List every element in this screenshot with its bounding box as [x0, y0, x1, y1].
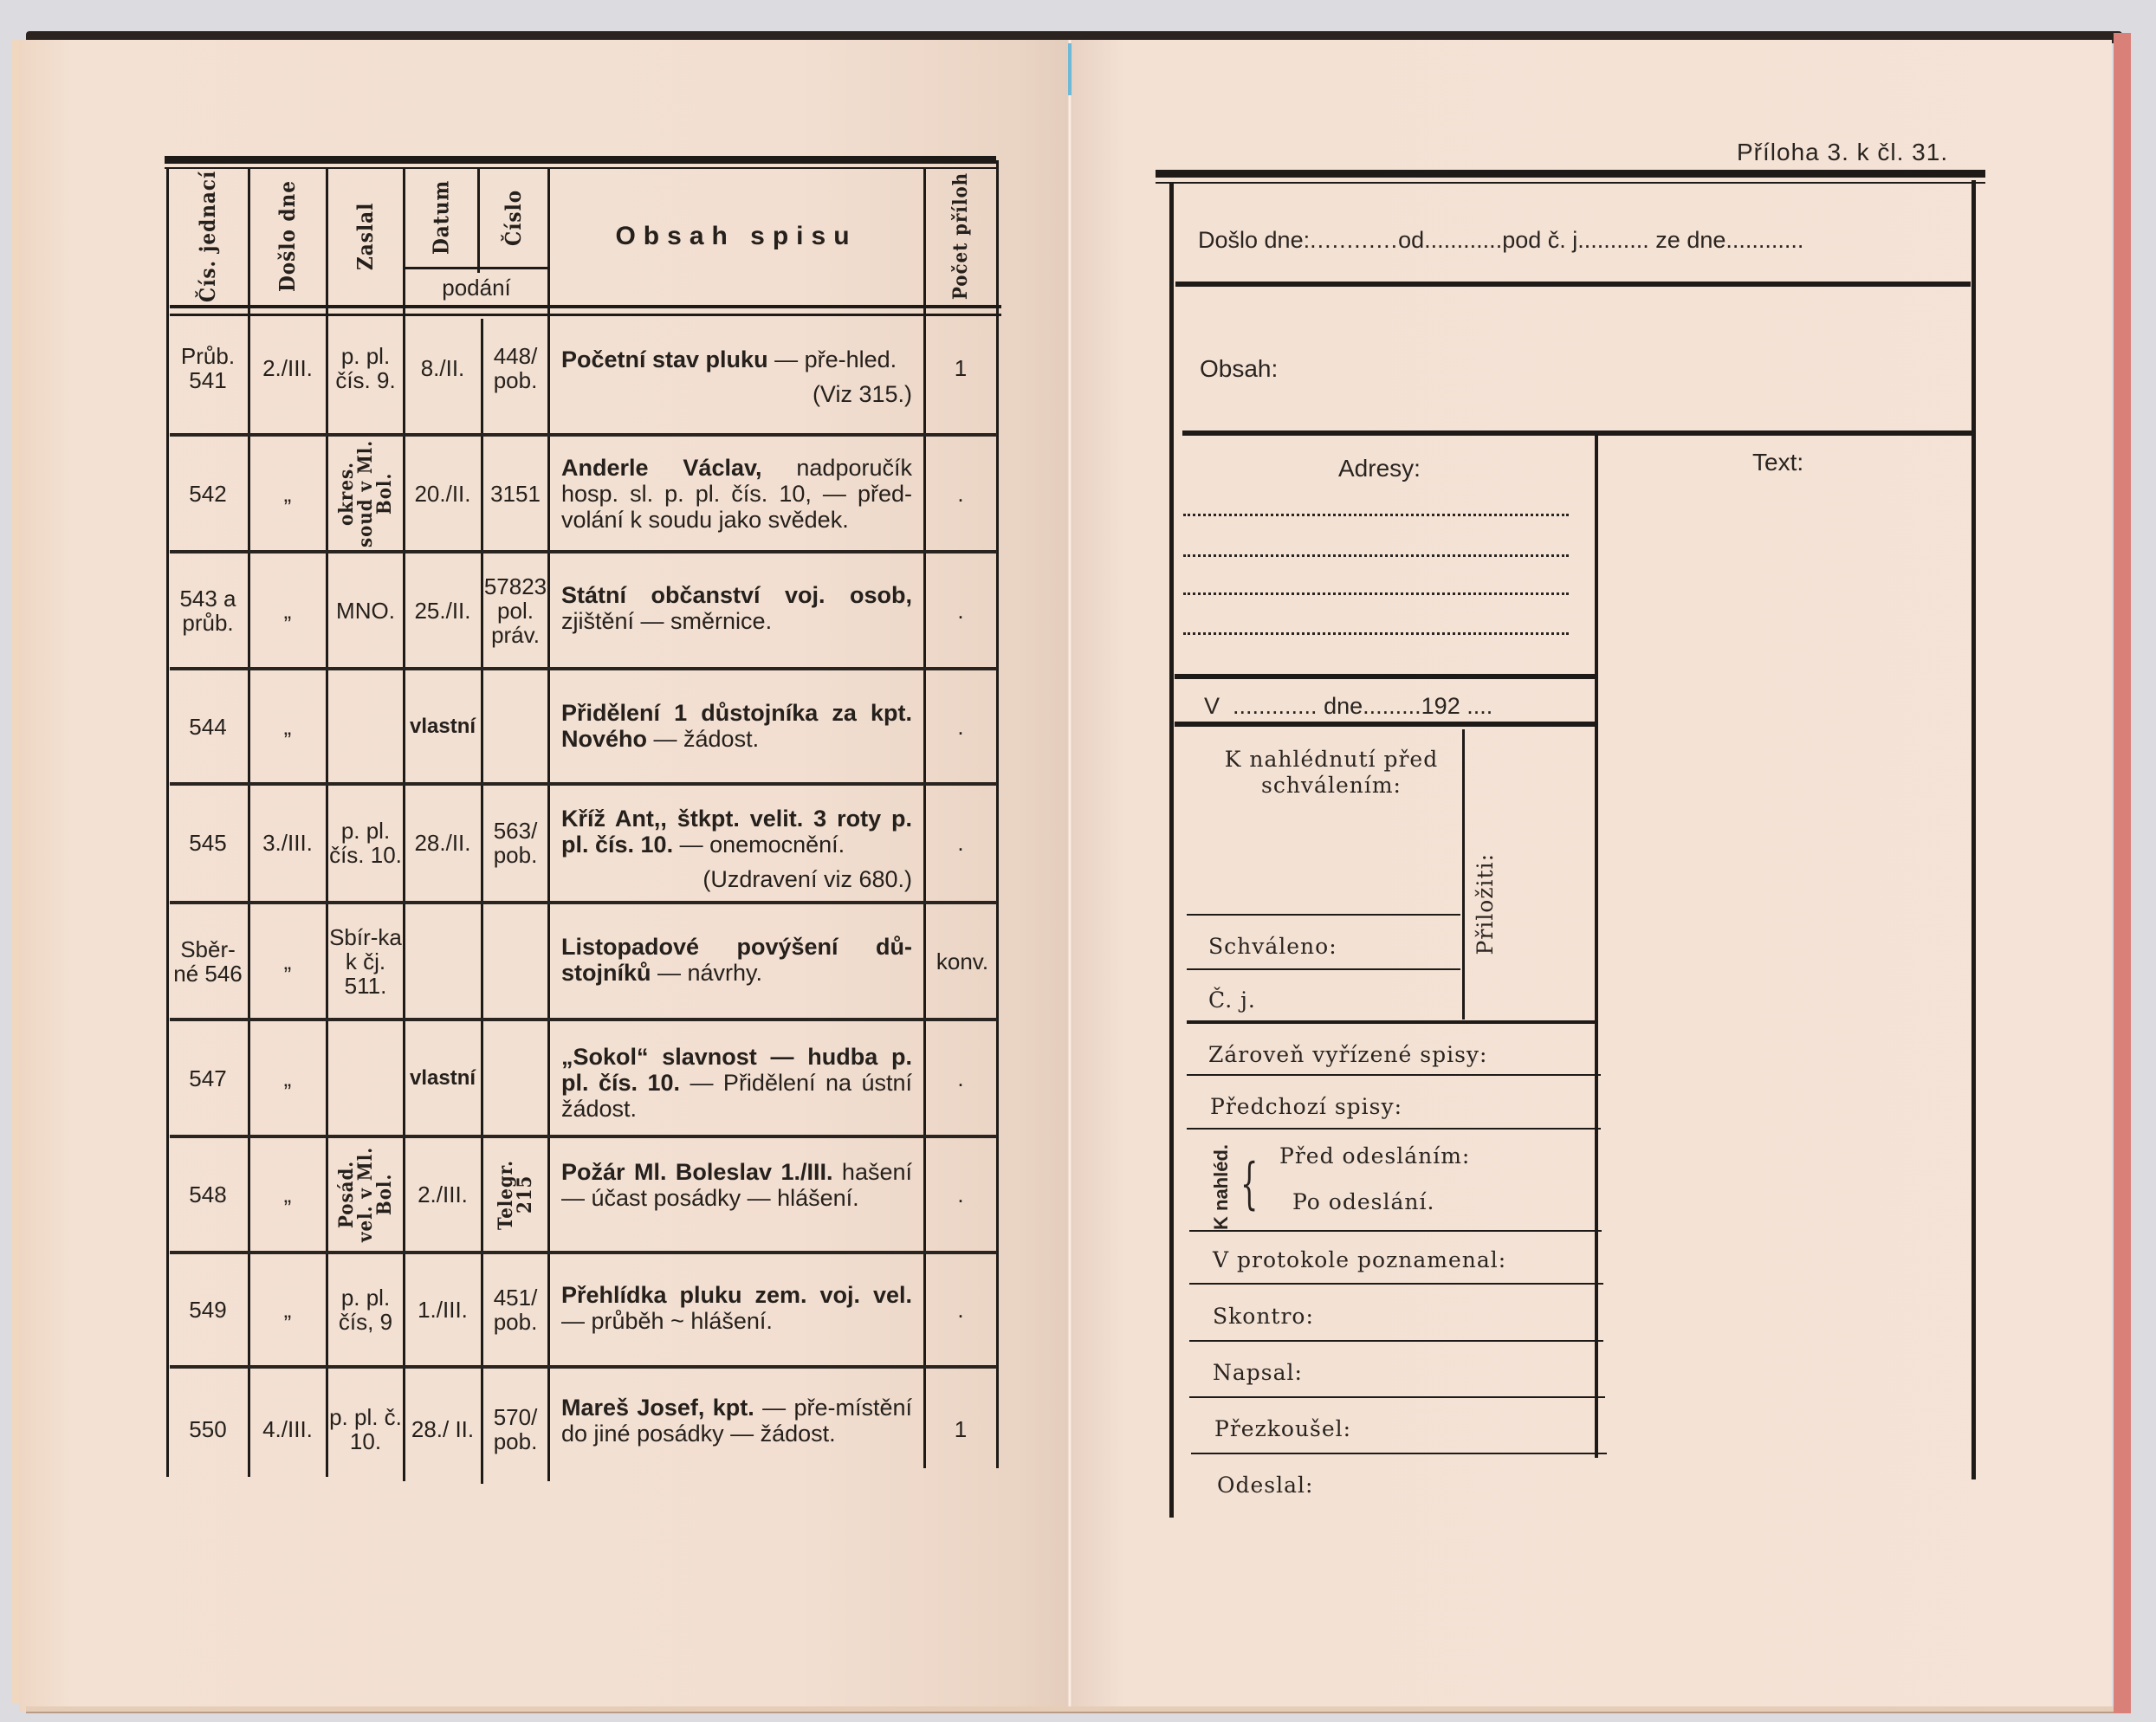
cell-cislo: Telegr. 215 [483, 1139, 547, 1250]
rule-before-schvaleno [1187, 914, 1460, 916]
cell-datum: 25./II. [405, 554, 480, 667]
col-line-7 [996, 160, 999, 1468]
label-k-nahled-side: K nahléd. [1210, 1143, 1229, 1230]
form-top-thin-rule [1156, 182, 1985, 184]
rule-after-napsal [1189, 1396, 1605, 1398]
rule-after-received [1175, 282, 1971, 287]
cell-cislo: 57823 pol. práv. [483, 554, 547, 667]
cell-pocet: . [926, 1255, 995, 1364]
cell-doslo: „ [250, 1022, 325, 1135]
cell-datum [405, 905, 480, 1018]
header-cislo: Číslo [480, 169, 547, 266]
cell-cis: Sběr-né 546 [169, 905, 247, 1018]
cell-pocet: 1 [926, 1377, 995, 1481]
cell-obsah: Přidělení 1 důstojníka za kpt. Nového — … [561, 700, 912, 752]
cell-zaslal: p. pl. čís. 9. [328, 320, 403, 416]
cell-pocet: . [926, 437, 995, 550]
cell-obsah: Kříž Ant,, štkpt. velit. 3 roty p. pl. č… [561, 806, 912, 892]
book-cover-red-edge [2114, 33, 2131, 1713]
form-left-border [1169, 184, 1174, 1518]
label-napsal: Napsal: [1213, 1360, 1303, 1385]
cell-cislo: 570/ pob. [483, 1377, 547, 1481]
cell-datum: 28./II. [405, 787, 480, 899]
cell-doslo: „ [250, 1139, 325, 1250]
rule-after-adresy [1175, 674, 1596, 679]
cell-obsah: Početní stav pluku — pře-hled.(Viz 315.) [561, 346, 912, 407]
rule-after-k-nahled [1189, 1230, 1602, 1232]
cell-obsah: Mareš Josef, kpt. — pře-místění do jiné … [561, 1395, 912, 1447]
book-spine [1067, 40, 1072, 1712]
text-column-divider [1595, 436, 1598, 1458]
cell-cis: 542 [169, 437, 247, 550]
cell-obsah: Státní občanství voj. osob, zjištění — s… [561, 582, 912, 634]
label-prezkousel: Přezkoušel: [1214, 1416, 1351, 1441]
cell-obsah: Požár Ml. Boleslav 1./III. hašení — účas… [561, 1159, 912, 1211]
cell-doslo: 4./III. [250, 1377, 325, 1481]
label-obsah: Obsah: [1200, 355, 1278, 383]
cell-doslo: „ [250, 437, 325, 550]
cell-reference: (Uzdravení viz 680.) [561, 866, 912, 892]
rule-after-predchozi [1187, 1128, 1601, 1130]
header-bottom-rule-2 [170, 314, 1001, 316]
row-rule-8 [170, 1251, 997, 1254]
header-obsah-spisu: Obsah spisu [550, 169, 923, 303]
cell-zaslal: p. pl. čís. 10. [328, 787, 403, 899]
cell-cis: 548 [169, 1139, 247, 1250]
right-page [1072, 40, 2112, 1712]
cell-zaslal [328, 671, 403, 782]
cell-doslo: 2./III. [250, 320, 325, 416]
address-line-4[interactable] [1183, 632, 1569, 635]
cell-zaslal: p. pl. čís, 9 [328, 1255, 403, 1364]
prilozit-divider [1462, 729, 1465, 1020]
cell-cislo [483, 905, 547, 1018]
header-pocet-priloh: Počet příloh [926, 169, 995, 303]
header-datum: Datum [405, 169, 477, 266]
address-line-3[interactable] [1183, 592, 1569, 595]
cell-zaslal: p. pl. č. 10. [328, 1377, 403, 1481]
address-line-2[interactable] [1183, 554, 1569, 557]
cell-zaslal [328, 1022, 403, 1135]
rule-after-protokol [1189, 1283, 1603, 1285]
label-k-nahlednuti: K nahlédnutí před schválením: [1214, 747, 1448, 799]
label-zaroven: Zároveň vyřízené spisy: [1208, 1042, 1487, 1067]
cell-pocet: 1 [926, 320, 995, 416]
header-podani: podání [405, 270, 547, 305]
rule-after-zaroven [1187, 1074, 1601, 1076]
cell-doslo: „ [250, 1255, 325, 1364]
cell-doslo: „ [250, 554, 325, 667]
row-rule-1 [170, 433, 997, 437]
cell-datum: 1./III. [405, 1255, 480, 1364]
cell-cis: 545 [169, 787, 247, 899]
cell-cislo: 448/ pob. [483, 320, 547, 416]
label-text: Text: [1752, 449, 1803, 476]
label-predchozi: Předchozí spisy: [1210, 1094, 1402, 1119]
appendix-header: Příloha 3. k čl. 31. [1737, 139, 1948, 166]
cell-datum: vlastní [405, 671, 480, 782]
table-top-rule [165, 156, 996, 164]
cell-obsah: Listopadové povýšení dů-stojníků — návrh… [561, 934, 912, 986]
header-doslo-dne: Došlo dne [250, 169, 325, 303]
label-adresy: Adresy: [1338, 455, 1421, 482]
cell-zaslal: okres. soud v Ml. Bol. [328, 437, 403, 550]
cell-pocet: . [926, 1022, 995, 1135]
podani-divider [404, 267, 547, 269]
cell-cislo [483, 1022, 547, 1135]
row-rule-6 [170, 1018, 997, 1021]
form-right-border [1971, 180, 1976, 1479]
row-rule-4 [170, 782, 997, 786]
label-v-protokole: V protokole poznamenal: [1213, 1247, 1506, 1272]
place-date-line: V ............. dne.........192 .... [1204, 693, 1492, 720]
col-line-5 [547, 169, 550, 1481]
cell-pocet: . [926, 787, 995, 899]
cell-zaslal: MNO. [328, 554, 403, 667]
cell-doslo: „ [250, 671, 325, 782]
cell-doslo: „ [250, 905, 325, 1018]
rule-after-date [1175, 722, 1596, 727]
cell-datum: 2./III. [405, 1139, 480, 1250]
row-rule-7 [170, 1135, 997, 1138]
cell-pocet: konv. [926, 905, 999, 1018]
cell-datum: 20./II. [405, 437, 480, 550]
header-cis-jednaci: Čís. jednací [169, 169, 247, 303]
rule-before-cj [1187, 968, 1460, 970]
spine-blue-mark [1068, 43, 1072, 95]
rule-after-obsah [1182, 430, 1972, 436]
address-line-1[interactable] [1183, 514, 1569, 516]
cell-obsah: „Sokol“ slavnost — hudba p. pl. čís. 10.… [561, 1044, 912, 1122]
row-rule-3 [170, 667, 997, 670]
cell-zaslal: Sbír-ka k čj. 511. [328, 905, 403, 1018]
cell-cis: 543 a průb. [169, 554, 247, 667]
cell-reference: (Viz 315.) [561, 381, 912, 407]
cell-pocet: . [926, 554, 995, 667]
label-po-odeslani: Po odeslání. [1292, 1189, 1434, 1214]
cell-cislo [483, 671, 547, 782]
header-bottom-rule [170, 305, 1001, 308]
cell-cis: 549 [169, 1255, 247, 1364]
cell-cis: 547 [169, 1022, 247, 1135]
cell-cis: 544 [169, 671, 247, 782]
cell-doslo: 3./III. [250, 787, 325, 899]
cell-obsah: Anderle Václav, nadporučík hosp. sl. p. … [561, 455, 912, 533]
cell-cislo: 3151 [483, 437, 547, 550]
label-cj: Č. j. [1208, 987, 1256, 1013]
row-rule-5 [170, 901, 997, 904]
cell-datum: vlastní [405, 1022, 480, 1135]
cell-pocet: . [926, 671, 995, 782]
curly-brace-icon: { [1240, 1145, 1258, 1223]
label-pred-odeslanim: Před odesláním: [1279, 1143, 1470, 1168]
row-rule-9 [170, 1365, 997, 1369]
cell-datum: 28./ II. [405, 1377, 480, 1481]
cell-zaslal: Posád. vel. v Ml. Bol. [328, 1139, 403, 1250]
rule-after-prezkousel [1191, 1453, 1607, 1454]
cell-cislo: 563/ pob. [483, 787, 547, 899]
cell-pocet: . [926, 1139, 995, 1250]
cell-cislo: 451/ pob. [483, 1255, 547, 1364]
received-line: Došlo dne:............od............pod … [1198, 227, 1960, 254]
cell-cis: 550 [169, 1377, 247, 1481]
cell-obsah: Přehlídka pluku zem. voj. vel. — průběh … [561, 1282, 912, 1334]
label-schvaleno: Schváleno: [1208, 934, 1337, 959]
rule-after-skontro [1189, 1340, 1603, 1342]
label-prilozit: Přiložiti: [1473, 853, 1498, 955]
label-odeslal: Odeslal: [1217, 1473, 1313, 1498]
cell-datum: 8./II. [405, 320, 480, 416]
form-top-rule [1156, 170, 1985, 178]
label-skontro: Skontro: [1213, 1304, 1314, 1329]
cell-cis: Průb. 541 [169, 320, 247, 416]
book-bottom-edge [26, 1706, 2114, 1713]
header-zaslal: Zaslal [328, 169, 403, 303]
row-rule-2 [170, 550, 997, 553]
rule-after-cj [1187, 1020, 1598, 1024]
